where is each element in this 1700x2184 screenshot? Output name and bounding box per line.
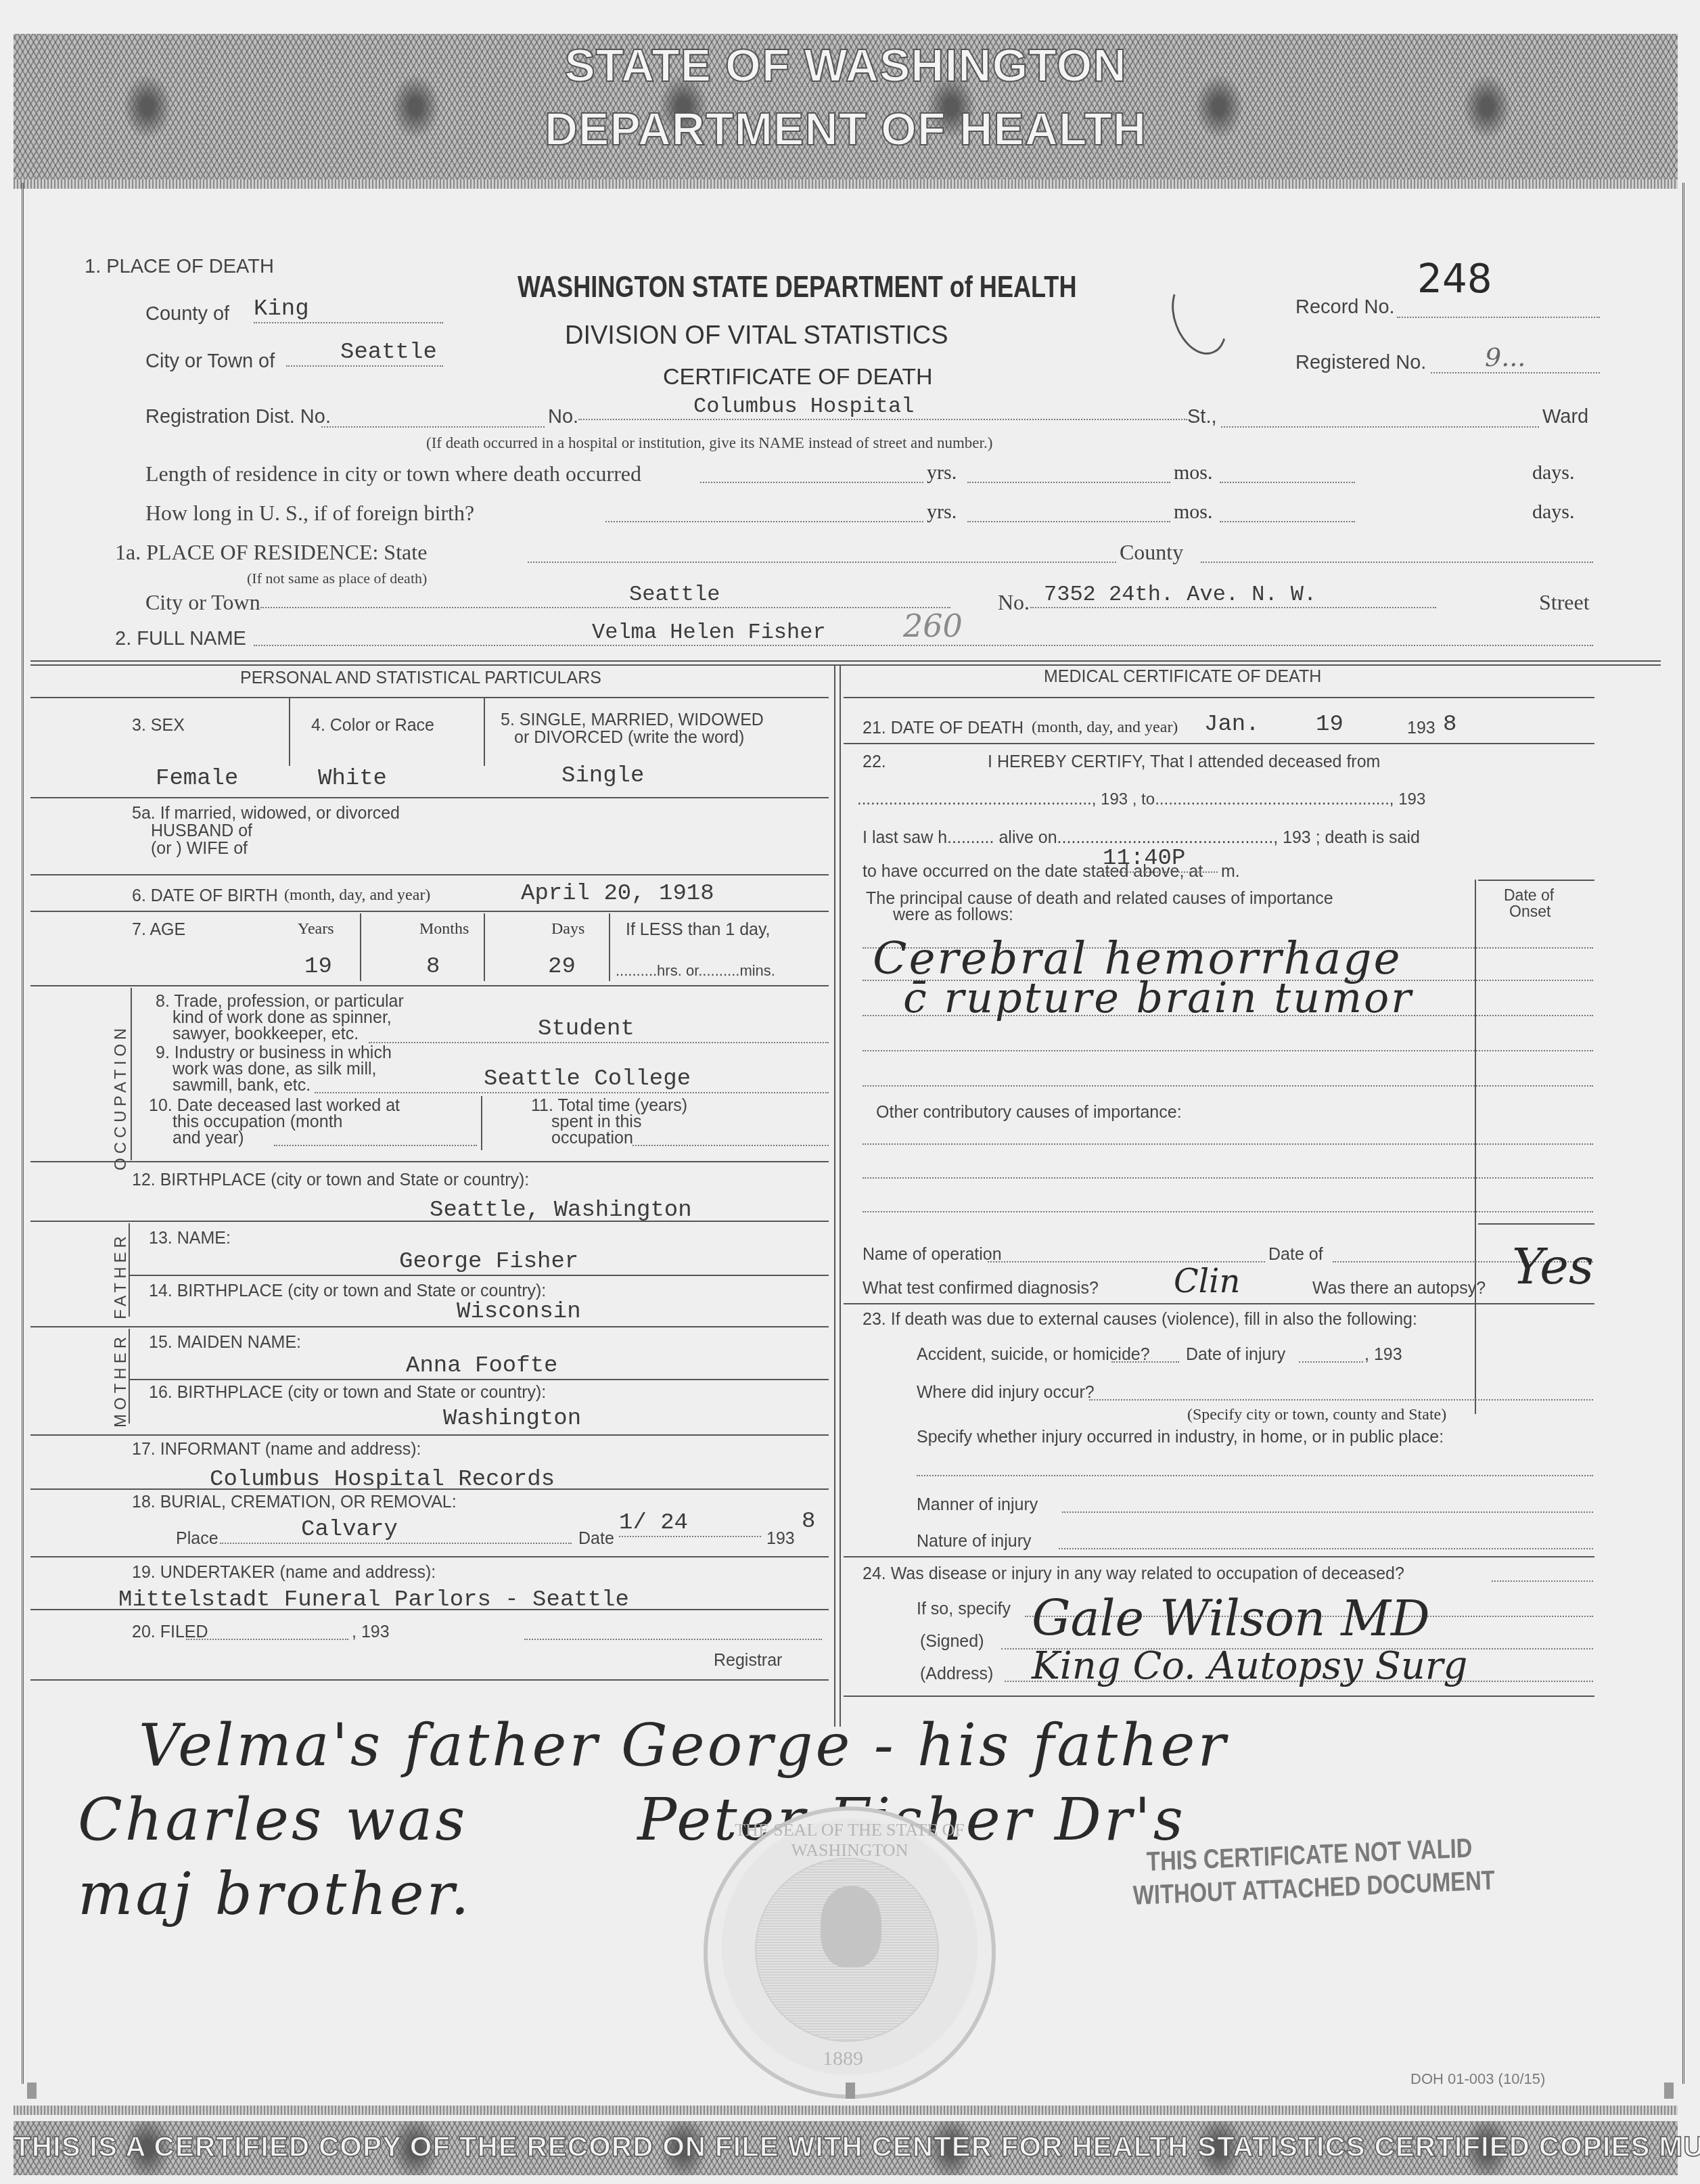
less-than-day-label: If LESS than 1 day, bbox=[626, 920, 771, 940]
physician-signature: Gale Wilson MD bbox=[1032, 1590, 1430, 1647]
diagnosis-test-label: What test confirmed diagnosis? bbox=[863, 1279, 1099, 1298]
time-of-death: 11:40P bbox=[1103, 846, 1218, 873]
residence-length-line bbox=[700, 482, 923, 483]
residence-heading: 1a. PLACE OF RESIDENCE: State bbox=[115, 540, 427, 565]
full-name-annotation: 260 bbox=[903, 608, 963, 644]
father-birthplace-value: Wisconsin bbox=[457, 1299, 581, 1325]
residence-yrs-label: yrs. bbox=[927, 461, 957, 484]
mother-name-label: 15. MAIDEN NAME: bbox=[149, 1333, 301, 1352]
rule bbox=[30, 985, 829, 986]
age-months-value: 8 bbox=[426, 954, 440, 980]
injury-date-line bbox=[1299, 1361, 1363, 1363]
street-line bbox=[1221, 426, 1539, 428]
dob-hint: (month, day, and year) bbox=[284, 886, 430, 905]
rule bbox=[30, 1488, 829, 1490]
rule bbox=[30, 1679, 829, 1681]
rule bbox=[30, 1609, 829, 1610]
rule bbox=[484, 913, 485, 981]
seal-portrait bbox=[821, 1886, 881, 1967]
handwritten-note-line-1: Velma's father George - his father bbox=[139, 1712, 1228, 1779]
occupation-side-label: OCCUPATION bbox=[112, 1024, 131, 1170]
residence-city-value: Seattle bbox=[260, 582, 950, 608]
physician-address: King Co. Autopsy Surg bbox=[1032, 1644, 1467, 1688]
hrs-mins-label: ..........hrs. or..........mins. bbox=[616, 962, 775, 980]
total-time-line bbox=[633, 1145, 829, 1146]
rule bbox=[481, 1096, 482, 1150]
trade-label-3: sawyer, bookkeeper, etc. bbox=[173, 1024, 359, 1044]
age-days-value: 29 bbox=[548, 954, 576, 980]
spouse-label-3: (or ) WIFE of bbox=[151, 839, 248, 859]
burial-year-suffix: 8 bbox=[802, 1509, 815, 1534]
certificate-title: CERTIFICATE OF DEATH bbox=[663, 364, 933, 390]
dod-hint: (month, day, and year) bbox=[1032, 719, 1178, 737]
banner-edge-bottom bbox=[14, 2106, 1678, 2115]
time-m-label: m. bbox=[1221, 862, 1240, 882]
hospital-name-value: Columbus Hospital bbox=[578, 394, 1187, 420]
mother-birthplace-value: Washington bbox=[443, 1406, 581, 1432]
other-cause-line-1 bbox=[863, 1143, 1593, 1145]
rule bbox=[30, 1556, 829, 1557]
marital-label-1: 5. SINGLE, MARRIED, WIDOWED bbox=[501, 710, 764, 730]
father-side-label: FATHER bbox=[112, 1232, 131, 1319]
column-divider bbox=[834, 664, 835, 1727]
registered-no-label: Registered No. bbox=[1295, 352, 1426, 374]
burial-date-value: 1/ 24 bbox=[619, 1510, 761, 1537]
autopsy-value: Yes bbox=[1512, 1238, 1594, 1295]
nature-line bbox=[1059, 1548, 1593, 1549]
rule bbox=[844, 1303, 1594, 1304]
registered-no-line bbox=[1431, 372, 1600, 373]
dod-year-suffix: 8 bbox=[1443, 712, 1456, 737]
rule bbox=[30, 1434, 829, 1436]
age-label: 7. AGE bbox=[132, 920, 185, 940]
occupation-related-label: 24. Was disease or injury in any way rel… bbox=[863, 1564, 1404, 1584]
sex-label: 3. SEX bbox=[132, 716, 185, 735]
residence-county-label: County bbox=[1120, 540, 1183, 565]
sex-value: Female bbox=[156, 766, 238, 792]
place-of-death-heading: 1. PLACE OF DEATH bbox=[85, 256, 274, 278]
foreign-yrs-label: yrs. bbox=[927, 501, 957, 524]
rule bbox=[30, 911, 829, 912]
residence-no-label: No. bbox=[998, 590, 1030, 615]
foreign-birth-line bbox=[605, 521, 923, 522]
seal-portrait-area bbox=[755, 1858, 939, 2042]
department-title: WASHINGTON STATE DEPARTMENT of HEALTH bbox=[518, 271, 1076, 304]
registration-district-line bbox=[321, 426, 545, 428]
last-worked-line bbox=[274, 1145, 477, 1146]
dod-year-prefix: 193 bbox=[1407, 719, 1435, 738]
burial-date-label: Date bbox=[578, 1529, 614, 1549]
filed-year: , 193 bbox=[352, 1622, 390, 1642]
county-value: King bbox=[254, 296, 443, 323]
rule bbox=[30, 1161, 829, 1162]
rule bbox=[30, 1221, 829, 1222]
handwritten-note-line-2: Charles was Peter Fisher Dr's bbox=[78, 1786, 1186, 1854]
county-label: County of bbox=[145, 303, 229, 325]
foreign-mos-label: mos. bbox=[1174, 501, 1213, 524]
rule bbox=[360, 913, 361, 981]
no-label: No. bbox=[548, 406, 578, 428]
specify-place-label: Specify whether injury occurred in indus… bbox=[917, 1428, 1444, 1447]
rule bbox=[30, 797, 829, 798]
cause-of-death-line-2: c̄ rupture brain tumor bbox=[903, 973, 1413, 1022]
rule bbox=[844, 1696, 1594, 1697]
autopsy-label: Was there an autopsy? bbox=[1312, 1279, 1486, 1298]
dob-value: April 20, 1918 bbox=[521, 881, 714, 907]
father-birthplace-label: 14. BIRTHPLACE (city or town and State o… bbox=[149, 1281, 546, 1301]
cause-line-5 bbox=[863, 1085, 1593, 1087]
seal-year: 1889 bbox=[823, 2047, 863, 2070]
registration-district-label: Registration Dist. No. bbox=[145, 406, 331, 428]
section-divider bbox=[30, 660, 1661, 666]
informant-label: 17. INFORMANT (name and address): bbox=[132, 1440, 421, 1459]
column-divider-2 bbox=[840, 664, 841, 1727]
form-id: DOH 01-003 (10/15) bbox=[1410, 2070, 1545, 2088]
occupation-related-line bbox=[1492, 1580, 1593, 1582]
ward-label: Ward bbox=[1542, 406, 1588, 428]
corner-mark-right bbox=[1664, 2083, 1674, 2099]
rule bbox=[1478, 880, 1594, 881]
rule bbox=[131, 988, 132, 1160]
onset-label-1: Date of bbox=[1504, 886, 1554, 905]
residence-street-label: Street bbox=[1539, 590, 1590, 615]
rule bbox=[484, 698, 485, 766]
race-label: 4. Color or Race bbox=[311, 716, 434, 735]
death-certificate-page: STATE OF WASHINGTON DEPARTMENT OF HEALTH… bbox=[0, 0, 1700, 2184]
manner-label: Manner of injury bbox=[917, 1495, 1038, 1515]
rule bbox=[289, 698, 290, 766]
operation-label: Name of operation bbox=[863, 1245, 1002, 1265]
security-banner-top: STATE OF WASHINGTON DEPARTMENT OF HEALTH bbox=[14, 34, 1678, 179]
injury-date-label: Date of injury bbox=[1186, 1345, 1285, 1365]
rule bbox=[30, 1326, 829, 1327]
burial-year-prefix: 193 bbox=[766, 1529, 795, 1549]
industry-value: Seattle College bbox=[315, 1066, 829, 1093]
check-circle-mark bbox=[1162, 271, 1237, 363]
age-days-label: Days bbox=[551, 920, 584, 938]
security-banner-bottom: THIS IS A CERTIFIED COPY OF THE RECORD O… bbox=[14, 2121, 1678, 2175]
age-months-label: Months bbox=[419, 920, 469, 938]
residence-street-value: 7352 24th. Ave. N. W. bbox=[1030, 582, 1436, 608]
mother-birthplace-label: 16. BIRTHPLACE (city or town and State o… bbox=[149, 1383, 546, 1403]
rule bbox=[129, 1275, 829, 1276]
rule bbox=[30, 874, 829, 875]
last-saw-alive: I last saw h.......... alive on.........… bbox=[863, 828, 1420, 848]
city-label: City or Town of bbox=[145, 350, 275, 373]
rule bbox=[844, 743, 1594, 744]
undertaker-label: 19. UNDERTAKER (name and address): bbox=[132, 1563, 436, 1583]
cause-label-2: were as follows: bbox=[893, 905, 1013, 925]
onset-label-2: Onset bbox=[1509, 903, 1550, 921]
marital-label-2: or DIVORCED (write the word) bbox=[514, 728, 744, 748]
where-injury-line bbox=[1089, 1399, 1593, 1401]
if-so-specify-label: If so, specify bbox=[917, 1599, 1011, 1619]
age-years-value: 19 bbox=[304, 954, 332, 980]
residence-city-label: City or Town bbox=[145, 590, 260, 615]
registrar-line bbox=[524, 1639, 822, 1640]
external-causes-label: 23. If death was due to external causes … bbox=[863, 1310, 1417, 1329]
dod-label: 21. DATE OF DEATH bbox=[863, 719, 1024, 738]
other-cause-line-2 bbox=[863, 1177, 1593, 1179]
birthplace-value: Seattle, Washington bbox=[430, 1198, 692, 1223]
where-injury-label: Where did injury occur? bbox=[917, 1383, 1095, 1403]
other-cause-line-3 bbox=[863, 1211, 1593, 1212]
foreign-birth-label: How long in U. S., if of foreign birth? bbox=[145, 501, 474, 526]
burial-place-label: Place bbox=[176, 1529, 219, 1549]
full-name-label: 2. FULL NAME bbox=[115, 628, 246, 650]
rule bbox=[844, 1556, 1594, 1557]
certify-number: 22. bbox=[863, 752, 886, 772]
foreign-mos-line bbox=[1220, 521, 1355, 522]
injury-year: , 193 bbox=[1364, 1345, 1402, 1365]
city-value: Seattle bbox=[286, 340, 443, 367]
seal-inscription: THE SEAL OF THE STATE OF WASHINGTON bbox=[735, 1820, 965, 1861]
residence-length-label: Length of residence in city or town wher… bbox=[145, 461, 641, 486]
burial-place-value: Calvary bbox=[220, 1517, 572, 1544]
residence-county-line bbox=[1201, 562, 1593, 563]
record-no-line bbox=[1397, 317, 1600, 318]
state-seal: THE SEAL OF THE STATE OF WASHINGTON 1889 bbox=[704, 1806, 996, 2099]
rule bbox=[129, 1223, 130, 1317]
mother-side-label: MOTHER bbox=[112, 1333, 131, 1428]
operation-date-label: Date of bbox=[1268, 1245, 1323, 1265]
age-years-label: Years bbox=[298, 920, 334, 938]
trade-value: Student bbox=[369, 1016, 829, 1043]
rule bbox=[30, 697, 829, 698]
spouse-label-1: 5a. If married, widowed, or divorced bbox=[132, 804, 400, 823]
residence-mos-label: mos. bbox=[1174, 461, 1213, 484]
handwritten-note-line-3: maj brother. bbox=[78, 1861, 472, 1928]
rule bbox=[129, 1379, 829, 1380]
burial-label: 18. BURIAL, CREMATION, OR REMOVAL: bbox=[132, 1493, 457, 1512]
diagnosis-test-value: Clin bbox=[1174, 1262, 1240, 1300]
foreign-yrs-line bbox=[967, 521, 1170, 522]
dod-day: 19 bbox=[1316, 712, 1343, 737]
accident-line bbox=[1111, 1361, 1179, 1363]
residence-yrs-line bbox=[967, 482, 1170, 483]
rule bbox=[844, 697, 1594, 698]
personal-section-title: PERSONAL AND STATISTICAL PARTICULARS bbox=[240, 668, 601, 688]
residence-state-line bbox=[528, 562, 1116, 563]
medical-section-title: MEDICAL CERTIFICATE OF DEATH bbox=[1044, 667, 1321, 687]
spouse-label-2: HUSBAND of bbox=[151, 821, 252, 841]
specify-place-line bbox=[917, 1475, 1593, 1476]
nature-label: Nature of injury bbox=[917, 1532, 1032, 1551]
race-value: White bbox=[318, 766, 387, 792]
banner-title-department: DEPARTMENT OF HEALTH bbox=[14, 103, 1678, 156]
foreign-days-label: days. bbox=[1532, 501, 1575, 524]
residence-mos-line bbox=[1220, 482, 1355, 483]
registrar-label: Registrar bbox=[714, 1651, 782, 1670]
filed-line bbox=[186, 1639, 348, 1640]
corner-mark-left bbox=[27, 2083, 37, 2099]
registered-number: 9... bbox=[1485, 342, 1525, 372]
rule bbox=[129, 1329, 130, 1424]
manner-line bbox=[1062, 1511, 1593, 1513]
attended-from-to: ........................................… bbox=[857, 790, 1425, 809]
birthplace-label: 12. BIRTHPLACE (city or town and State o… bbox=[132, 1170, 529, 1190]
industry-label-3: sawmill, bank, etc. bbox=[173, 1076, 311, 1095]
certificate-form: 1. PLACE OF DEATH County of King City or… bbox=[22, 183, 1684, 2084]
total-time-label-3: occupation bbox=[551, 1129, 633, 1148]
record-number: 248 bbox=[1417, 256, 1492, 302]
last-worked-label-3: and year) bbox=[173, 1129, 244, 1148]
other-causes-label: Other contributory causes of importance: bbox=[876, 1103, 1182, 1122]
rule bbox=[1475, 880, 1476, 1414]
banner-title-state: STATE OF WASHINGTON bbox=[14, 39, 1678, 92]
mother-name-value: Anna Foofte bbox=[406, 1353, 557, 1379]
address-label: (Address) bbox=[920, 1664, 993, 1684]
certify-text: I HEREBY CERTIFY, That I attended deceas… bbox=[988, 752, 1380, 772]
signed-label: (Signed) bbox=[920, 1632, 984, 1652]
rule bbox=[1478, 1223, 1594, 1225]
father-name-label: 13. NAME: bbox=[149, 1229, 231, 1248]
street-label: St., bbox=[1187, 406, 1217, 428]
dob-label: 6. DATE OF BIRTH bbox=[132, 886, 278, 906]
rule bbox=[609, 913, 610, 981]
certified-copy-notice: THIS IS A CERTIFIED COPY OF THE RECORD O… bbox=[14, 2131, 1678, 2163]
corner-mark-center bbox=[846, 2083, 855, 2099]
hospital-instruction-note: (If death occurred in a hospital or inst… bbox=[426, 434, 992, 452]
record-no-label: Record No. bbox=[1295, 296, 1395, 319]
residence-days-label: days. bbox=[1532, 461, 1575, 484]
division-title: DIVISION OF VITAL STATISTICS bbox=[565, 321, 948, 350]
cause-line-4 bbox=[863, 1050, 1593, 1051]
marital-status-value: Single bbox=[561, 763, 644, 789]
father-name-value: George Fisher bbox=[399, 1249, 578, 1275]
where-injury-hint: (Specify city or town, county and State) bbox=[1187, 1406, 1446, 1424]
dod-month: Jan. bbox=[1204, 712, 1260, 737]
